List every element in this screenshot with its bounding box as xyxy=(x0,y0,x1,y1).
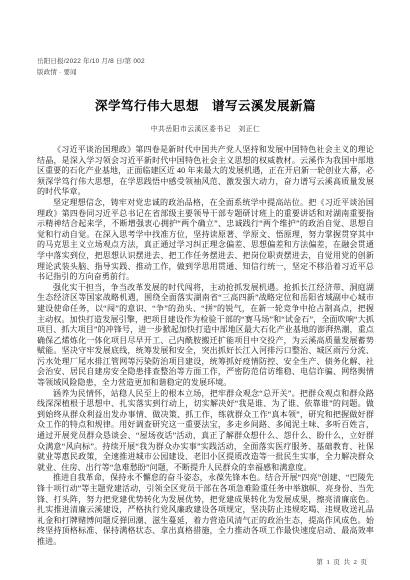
paragraph-3: 强化实干担当，争当改革发展的时代闯将，主动抢抓发展机遇。抢抓长江经济带、洞庭湖生… xyxy=(37,283,374,389)
source-date-line: 岳阳日报/2022 年/10 月/8 日/第 002 xyxy=(37,57,374,67)
article-byline: 中共岳阳市云溪区委书记 刘正仁 xyxy=(37,123,374,133)
document-header: 岳阳日报/2022 年/10 月/8 日/第 002 版政情 · 要闻 xyxy=(37,57,374,78)
page-pagination: 第 1 页 共 2 页 xyxy=(37,557,374,566)
paragraph-2: 坚定理想信念，铸牢对党忠诚的政治品格，在全面系统学中提高站位。把《习近平谈治国理… xyxy=(37,198,374,283)
paragraph-4: 涵养为民情怀，站稳人民至上的根本立场，把牢群众观念“总开关”。把群众观点和群众路… xyxy=(37,389,374,474)
document-page: 岳阳日报/2022 年/10 月/8 日/第 002 版政情 · 要闻 深学笃行… xyxy=(0,0,410,580)
paragraph-1: 《习近平谈治国理政》第四卷是新时代中国共产党人坚持和发展中国特色社会主义的理论结… xyxy=(37,145,374,198)
article-title: 深学笃行伟大思想 谱写云溪发展新篇 xyxy=(37,96,374,114)
section-line: 版政情 · 要闻 xyxy=(37,68,374,78)
article-body: 《习近平谈治国理政》第四卷是新时代中国共产党人坚持和发展中国特色社会主义的理论结… xyxy=(37,145,374,548)
paragraph-5: 推进自我革命，保持永不懈怠的奋斗姿态，永葆先锋本色。结合开展“四亮”创建、“巴陵… xyxy=(37,473,374,547)
